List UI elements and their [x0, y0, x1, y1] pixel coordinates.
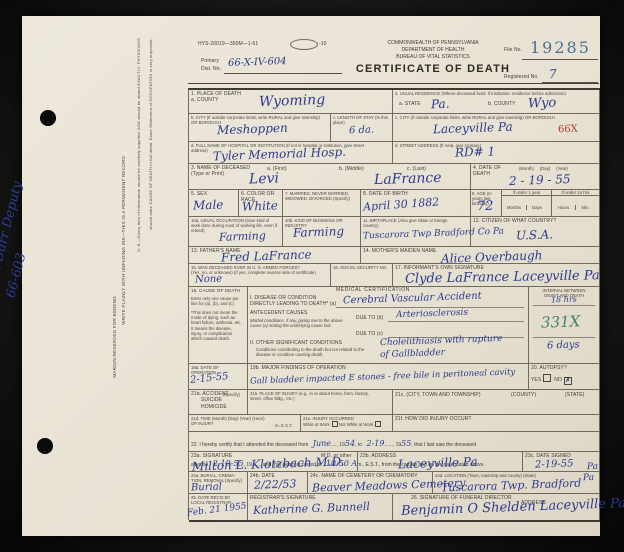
place-county-value: Wyoming: [259, 93, 326, 109]
part1-label-l2: DIRECTLY LEADING TO DEATH* (a): [250, 301, 336, 307]
field-street-address: d. STREET ADDRESS (If rural, give locati…: [393, 142, 600, 164]
field-physician-signature: 23a. SIGNATURE M.D. or other Milton L. K…: [189, 452, 358, 472]
margin-permanent-text: WRITE PLAINLY WITH UNFADING INK—THIS IS …: [121, 156, 126, 325]
forces-value: None: [195, 275, 222, 286]
registrar-signature-value: Katherine G. Bunnell: [253, 501, 370, 516]
part2-value2: of Gallbladder: [380, 349, 445, 360]
age-hours-label: Hours: [552, 205, 575, 210]
certificate-form: 1. PLACE OF DEATH a. COUNTY Wyoming 2. U…: [188, 88, 600, 520]
part2-label: II. OTHER SIGNIFICANT CONDITIONS: [250, 340, 342, 346]
marital-label: 7. MARRIED, NEVER MARRIED, WIDOWED, DIVO…: [285, 191, 359, 201]
field-operation-findings: 19b. MAJOR FINDINGS OF OPERATION Gall bl…: [248, 364, 529, 390]
due-c-label: DUE TO (c): [356, 331, 383, 337]
dist-no-rule: [224, 73, 342, 74]
file-no-value: 19285: [530, 38, 591, 57]
age-under24-group: If under 24 hrs. HoursMin.: [551, 190, 600, 217]
field-cemetery: 24c. NAME OF CEMETERY OR CREMATORY Beave…: [308, 472, 433, 494]
field-place-of-death: 1. PLACE OF DEATH a. COUNTY Wyoming: [189, 90, 393, 114]
due-b-value: Arteriosclerosis: [396, 309, 468, 321]
dist-no-label: Dist. No.: [201, 66, 221, 72]
field-sex: 5. SEX Male: [189, 190, 239, 217]
certify-from-value: June: [313, 439, 331, 448]
injury-occurred-options: While at Work Not While at Work: [303, 421, 390, 427]
injury-state-label: (STATE): [565, 392, 584, 398]
name-last-value: LaFrance: [374, 171, 442, 187]
injury-notwhile-label: Not While at Work: [339, 422, 374, 427]
birthplace-label: 11. BIRTHPLACE (Also give State or forei…: [363, 218, 463, 228]
autopsy-no-mark: ✗: [565, 377, 571, 384]
race-value: White: [242, 199, 278, 212]
punch-hole-top: [40, 110, 56, 126]
name-first-value: Levi: [249, 171, 279, 186]
street-address-label: d. STREET ADDRESS (If rural, give locati…: [395, 143, 597, 148]
certificate-title: CERTIFICATE OF DEATH: [340, 63, 526, 75]
residence-county-value: Wyo: [528, 97, 557, 111]
field-armed-forces: 15. WAS DECEASED EVER IN U. S. ARMED FOR…: [189, 264, 331, 287]
mother-value: Alice Overbaugh: [441, 249, 543, 265]
residence-city-code: 66X: [558, 125, 578, 136]
field-ssn: 16. SOCIAL SECURITY NO.: [331, 264, 393, 287]
primary-label: Primary: [201, 58, 219, 64]
age-days-label: Days: [526, 205, 547, 210]
field-operation-date: 19a. DATE OF OPERATION 2-15-55: [189, 364, 248, 390]
field-usual-residence: 2. USUAL RESIDENCE (Where deceased lived…: [393, 90, 600, 114]
field-physician-address: 23b. ADDRESS Laceyville Pa: [358, 452, 523, 472]
field-father-name: 13. FATHER'S NAME Fred LaFrance: [189, 247, 361, 264]
certify-line1: 22. I hereby certify that I attended the…: [191, 433, 597, 451]
date-of-death-value: 2 - 19 - 55: [509, 173, 571, 187]
informant-value: Clyde LaFrance Laceyville Pa: [405, 269, 600, 285]
burial-date-value: 2/22/53: [254, 478, 297, 490]
field-birthplace: 11. BIRTHPLACE (Also give State or forei…: [361, 217, 471, 247]
field-how-injury: 21f. HOW DID INJURY OCCUR?: [393, 415, 600, 432]
punch-hole-bottom: [37, 438, 53, 454]
sex-label: 5. SEX: [191, 191, 236, 197]
field-time-of-injury: 21d. TIME (Month) (Day) (Year) (Hour) OF…: [189, 415, 301, 432]
date-of-death-cols: (Month) (Day) (Year): [519, 166, 568, 171]
cause-note2: *This does not mean the mode of dying, s…: [191, 310, 243, 341]
part2-value1: Cholelithiasis with rupture: [380, 335, 503, 348]
injury-county-label: (COUNTY): [511, 392, 536, 398]
field-name-of-deceased: 3. NAME OF DECEASED (Type or Print) a. (…: [189, 164, 471, 190]
ssn-label: 16. SOCIAL SECURITY NO.: [333, 265, 390, 270]
street-address-value: RD# 1: [455, 145, 496, 158]
margin-nb-text-b: should state CAUSE OF DEATH in full deta…: [148, 38, 153, 230]
injury-kind-specify: (Specify): [223, 392, 240, 397]
autopsy-yes-label: YES: [531, 377, 541, 383]
field-hospital: d. FULL NAME OF HOSPITAL OR INSTITUTION …: [189, 142, 393, 164]
how-injury-label: 21f. HOW DID INJURY OCCUR?: [395, 416, 597, 422]
margin-nb-text-a: N. B.—Every item of information should b…: [136, 38, 141, 252]
date-of-death-label: 4. DATE OF DEATH: [473, 165, 513, 178]
due-b-rule: [388, 321, 524, 322]
margin-binding-text: MARGIN RESERVED FOR BINDING: [112, 296, 117, 378]
field-age: 9. AGE (In years last birthday) 72 If un…: [471, 190, 600, 217]
registered-no-label: Registered No.: [504, 74, 539, 80]
date-signed-extra: Pa: [587, 463, 598, 472]
hospital-value: Tyler Memorial Hosp.: [213, 146, 346, 163]
age-min-label: Min.: [575, 205, 595, 210]
burial-specify: (Specify): [225, 478, 242, 483]
field-informant: 17. INFORMANT'S OWN SIGNATURE Clyde LaFr…: [393, 264, 600, 287]
usual-residence-label: 2. USUAL RESIDENCE (Where deceased lived…: [395, 91, 597, 96]
field-injury-occurred: 21e. INJURY OCCURRED While at Work Not W…: [301, 415, 393, 432]
dist-no-value: 66-X-IV-604: [228, 57, 287, 69]
field-citizen: 12. CITIZEN OF WHAT COUNTRY? U.S.A.: [471, 217, 600, 247]
autopsy-no-checkbox: ✗: [564, 377, 572, 385]
father-value: Fred LaFrance: [221, 248, 312, 263]
burial-value: Burial: [191, 482, 222, 493]
seal-suffix: -10: [319, 41, 327, 47]
interval-rule2: [533, 337, 595, 338]
certify-pre: 22. I hereby certify that I attended the…: [191, 442, 308, 448]
department-line: DEPARTMENT OF HEALTH: [340, 47, 526, 54]
residence-state-value: Pa.: [431, 98, 450, 111]
field-burial-date: 24b. DATE 2/22/53: [248, 472, 308, 494]
medical-cert-title: MEDICAL CERTIFICATION: [336, 287, 410, 293]
name-middle-label: b. (Middle): [339, 166, 364, 172]
form-number: HYS-20019—300M—1-51: [198, 41, 258, 47]
header-double-rule: [188, 83, 599, 84]
field-color-or-race: 6. COLOR OR RACE White: [239, 190, 283, 217]
cemetery-location-state: Pa: [583, 474, 594, 483]
autopsy-no-label: NO: [554, 377, 562, 383]
autopsy-label: 20. AUTOPSY?: [531, 365, 597, 371]
physician-signature-value: Milton L. Klotzbach M.D.: [192, 455, 345, 472]
file-no-rule: [522, 59, 598, 60]
field-date-signed: 23c. DATE SIGNED 2-19-55 Pa: [523, 452, 600, 472]
field-place-of-injury: 21b. PLACE OF INJURY (e.g., in or about …: [248, 390, 393, 415]
form-bottom-rule: [189, 520, 600, 522]
field-injury-city: 21c. (CITY, TOWN AND TOWNSHIP) (COUNTY) …: [393, 390, 600, 415]
field-industry: 10b. KIND OF BUSINESS OR INDUSTRY Farmin…: [283, 217, 361, 247]
operation-date-value: 2-15-55: [190, 372, 229, 386]
certify-mid2b: , that I last saw the deceased: [411, 442, 476, 448]
field-date-of-death: 4. DATE OF DEATH (Month) (Day) (Year) 2 …: [471, 164, 600, 190]
field-date-of-birth: 8. DATE OF BIRTH April 30 1882: [361, 190, 471, 217]
morbid-note: Morbid conditions, if any, giving rise t…: [250, 318, 348, 328]
cause-of-death-notes: 18. CAUSE OF DEATH Enter only one cause …: [189, 287, 248, 364]
part1-value: Cerebral Vascular Accident: [343, 292, 482, 307]
sex-value: Male: [193, 198, 224, 211]
date-signed-value: 2-19-55: [535, 459, 574, 470]
birth-value: April 30 1882: [363, 196, 440, 212]
field-funeral-director: 26. SIGNATURE OF FUNERAL DIRECTOR ADDRES…: [393, 494, 600, 520]
residence-county-label: b. COUNTY: [488, 101, 516, 107]
margin-handwritten-note: Feb. 21 1955 Lela Burr Deputy 66-603: [0, 174, 49, 300]
field-city-of-death: b. CITY (If outside corporate limits, wr…: [189, 114, 331, 142]
registered-no-value: 7: [549, 68, 557, 80]
age-value: 72: [477, 200, 494, 214]
citizen-value: U.S.A.: [516, 228, 553, 241]
medical-certification-block: MEDICAL CERTIFICATION I. DISEASE OR COND…: [248, 287, 529, 364]
residence-city-value: Laceyville Pa: [433, 121, 513, 136]
physician-address-value: Laceyville Pa: [398, 456, 478, 471]
injury-notwhile-checkbox: [375, 421, 381, 427]
field-certify-statement: 22. I hereby certify that I attended the…: [189, 432, 600, 452]
antecedent-label: ANTECEDENT CAUSES: [250, 310, 307, 316]
industry-value: Farming: [293, 225, 344, 239]
injury-kind-l3: HOMICIDE: [201, 404, 245, 410]
age-months-label: Months: [502, 205, 526, 210]
residence-state-label: a. STATE: [399, 101, 421, 107]
due-b-label: DUE TO (b): [356, 315, 383, 321]
certify-from-year: 54: [345, 439, 355, 448]
autopsy-options: YES NO✗: [531, 374, 597, 385]
city-of-death-value: Meshoppen: [217, 122, 288, 136]
age-under24-label: If under 24 hrs.: [552, 190, 600, 196]
field-burial: 24a. BURIAL, CREMA-TION, REMOVAL (Specif…: [189, 472, 248, 494]
certify-mid1a: ...., 19: [331, 442, 345, 448]
occupation-value: Farming: [219, 230, 266, 243]
age-under1-label: If under 1 year: [502, 190, 551, 196]
certificate-paper: Feb. 21 1955 Lela Burr Deputy 66-603 MAR…: [22, 16, 600, 536]
cause-code-value: 331X: [541, 314, 581, 330]
field-date-received: 25. DATE REC'D BY LOCAL REGISTRAR Feb. 2…: [189, 494, 248, 520]
interval-value: 18 hrs: [551, 296, 577, 305]
part1-rule: [336, 307, 524, 308]
field-accident-suicide-homicide: 21a. ACCIDENT (Specify) SUICIDE HOMICIDE: [189, 390, 248, 415]
commonwealth-line: COMMONWEALTH OF PENNSYLVANIA: [340, 40, 526, 47]
certify-mid1b: , to: [355, 442, 362, 448]
seal-icon: [290, 39, 318, 50]
field-length-of-stay: c. LENGTH OF STAY (In this place) 6 da.: [331, 114, 393, 142]
field-residence-city: c. CITY (If outside corporate limits, wr…: [393, 114, 600, 142]
file-no-label: File No.: [504, 47, 522, 53]
length-of-stay-value: 6 da.: [349, 126, 374, 137]
age-under1-group: If under 1 year MonthsDays: [501, 190, 551, 217]
field-mother-name: 14. MOTHER'S MAIDEN NAME Alice Overbaugh: [361, 247, 600, 264]
place-of-injury-label: 21b. PLACE OF INJURY (e.g., in or about …: [250, 391, 370, 401]
header-center: COMMONWEALTH OF PENNSYLVANIA DEPARTMENT …: [340, 40, 526, 75]
cemetery-location-value: Tuscarora Twp. Bradford: [441, 478, 582, 494]
injury-city-label: 21c. (CITY, TOWN AND TOWNSHIP): [395, 392, 481, 398]
field-autopsy: 20. AUTOPSY? YES NO✗: [529, 364, 600, 390]
injury-while-checkbox: [332, 421, 338, 427]
field-marital-status: 7. MARRIED, NEVER MARRIED, WIDOWED, DIVO…: [283, 190, 361, 217]
time-of-injury-suffix: m. E.S.T.: [275, 423, 292, 428]
bureau-line: BUREAU OF VITAL STATISTICS: [340, 54, 526, 61]
field-cemetery-location: 24d. LOCATION (Town, township and county…: [433, 472, 600, 494]
certify-mid2a: ......, 19: [384, 442, 401, 448]
autopsy-yes-checkbox: [543, 374, 551, 382]
interval-rule1: [533, 305, 595, 306]
field-occupation: 10a. USUAL OCCUPATION (Give kind of work…: [189, 217, 283, 247]
injury-while-label: While at Work: [303, 422, 330, 427]
citizen-label: 12. CITIZEN OF WHAT COUNTRY?: [473, 218, 597, 224]
part2-note: Conditions contributing to the death but…: [256, 347, 374, 357]
certify-to-year: 55: [401, 439, 411, 448]
certify-to-value: 2-19: [367, 439, 385, 448]
interval2-value: 6 days: [547, 340, 580, 351]
field-registrar-signature: REGISTRAR'S SIGNATURE Katherine G. Bunne…: [248, 494, 393, 520]
cause-note1: Enter only one cause per line for (a), (…: [191, 296, 243, 306]
cause-label: 18. CAUSE OF DEATH: [191, 288, 245, 294]
length-of-stay-label: c. LENGTH OF STAY (In this place): [333, 115, 390, 125]
interval-column: INTERVAL BETWEEN ONSET AND DEATH 18 hrs …: [529, 287, 600, 364]
